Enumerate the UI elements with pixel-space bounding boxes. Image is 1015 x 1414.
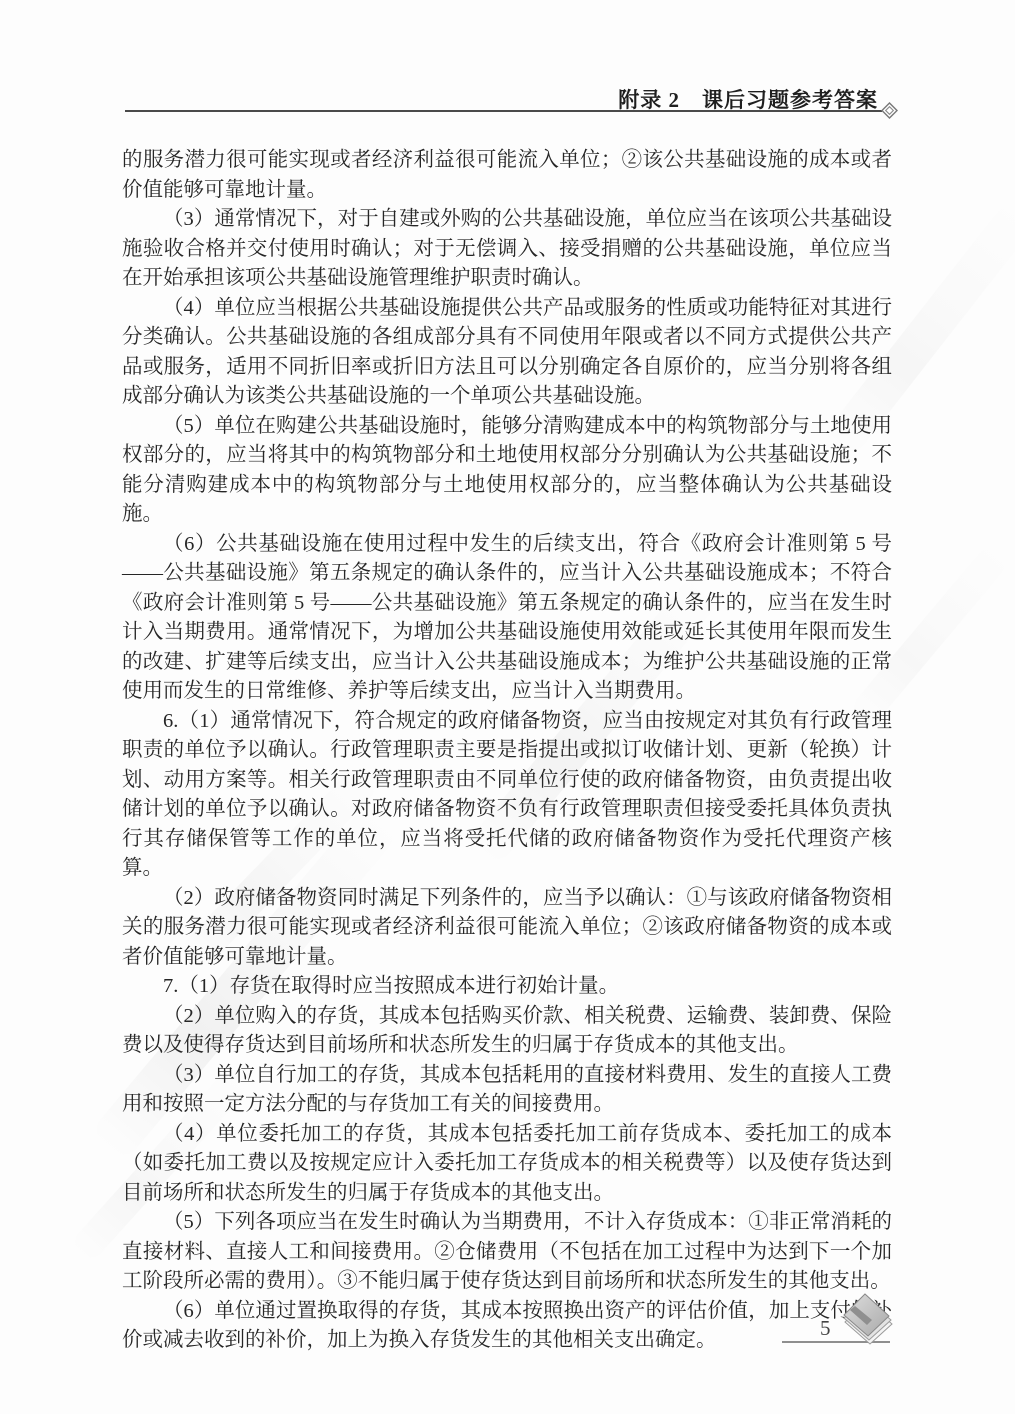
paragraph: （5）单位在购建公共基础设施时，能够分清购建成本中的构筑物部分与土地使用权部分的… [122,412,892,530]
paragraph: （4）单位应当根据公共基础设施提供公共产品或服务的性质或功能特征对其进行分类确认… [122,294,892,412]
paragraph: 6.（1）通常情况下，符合规定的政府储备物资，应当由按规定对其负有行政管理职责的… [122,707,892,884]
paragraph: （2）单位购入的存货，其成本包括购买价款、相关税费、运输费、装卸费、保险费以及使… [122,1002,892,1061]
paragraph: 7.（1）存货在取得时应当按照成本进行初始计量。 [122,972,892,1002]
paragraph: （5）下列各项应当在发生时确认为当期费用，不计入存货成本：①非正常消耗的直接材料… [122,1208,892,1297]
paragraph: （3）通常情况下，对于自建或外购的公共基础设施，单位应当在该项公共基础设施验收合… [122,205,892,294]
paragraph: 的服务潜力很可能实现或者经济利益很可能流入单位；②该公共基础设施的成本或者价值能… [122,146,892,205]
answer-text-block: 的服务潜力很可能实现或者经济利益很可能流入单位；②该公共基础设施的成本或者价值能… [122,146,892,1356]
paragraph: （6）公共基础设施在使用过程中发生的后续支出，符合《政府会计准则第 5 号——公… [122,530,892,707]
header-rule [125,110,882,112]
paragraph: （2）政府储备物资同时满足下列条件的，应当予以确认：①与该政府储备物资相关的服务… [122,884,892,973]
page-number: 5 [820,1316,831,1341]
book-stack-icon [836,1293,896,1347]
paragraph: （3）单位自行加工的存货，其成本包括耗用的直接材料费用、发生的直接人工费用和按照… [122,1061,892,1120]
paragraph: （6）单位通过置换取得的存货，其成本按照换出资产的评估价值，加上支付的补价或减去… [122,1297,892,1356]
paragraph: （4）单位委托加工的存货，其成本包括委托加工前存货成本、委托加工的成本（如委托加… [122,1120,892,1209]
diamond-ornament-icon [880,101,899,120]
